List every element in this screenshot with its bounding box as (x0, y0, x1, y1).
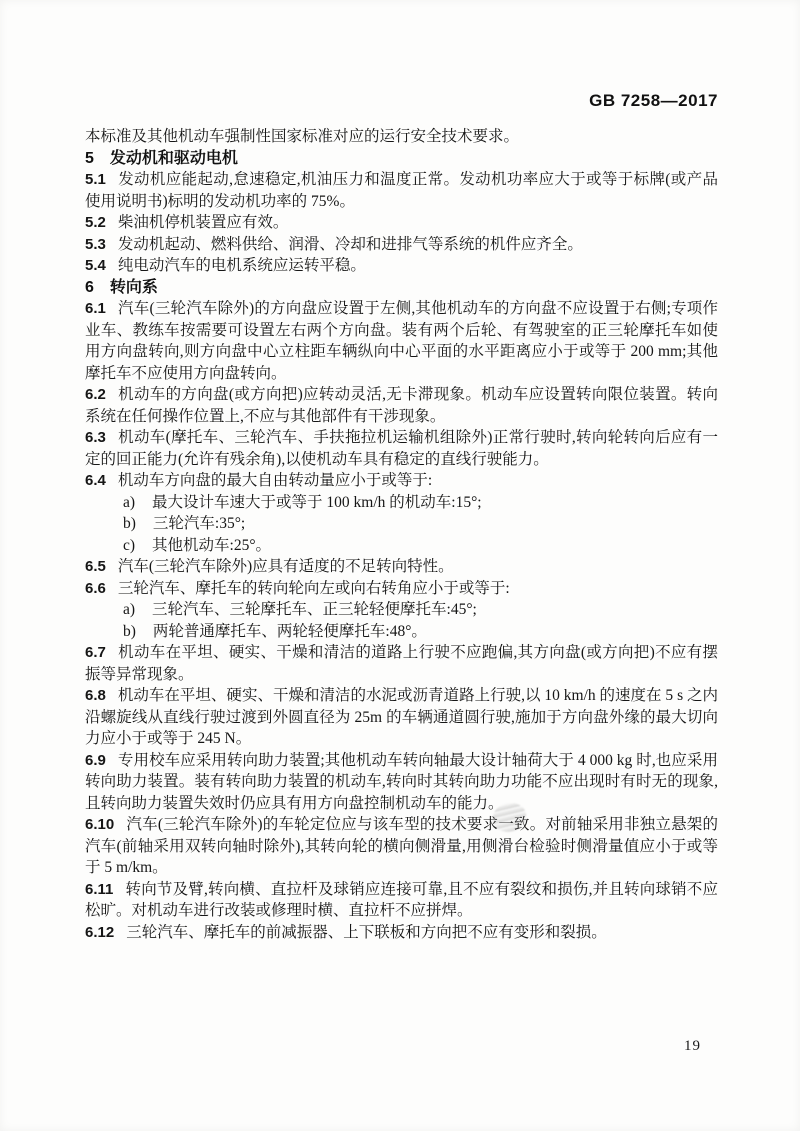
section-number: 6 (85, 279, 94, 296)
clause-6-6-item-a: a)三轮汽车、三轮摩托车、正三轮轻便摩托车:45°; (85, 599, 718, 621)
section-number: 5 (85, 150, 94, 167)
clause-number: 6.10 (85, 816, 114, 833)
clause-5-1: 5.1发动机应能起动,怠速稳定,机油压力和温度正常。发动机功率应大于或等于标牌(… (85, 169, 718, 212)
section-6-heading: 6转向系 (85, 277, 718, 299)
clause-5-2: 5.2柴油机停机装置应有效。 (85, 212, 718, 234)
scanned-document-page: GB 7258—2017 本标准及其他机动车强制性国家标准对应的运行安全技术要求… (0, 0, 800, 1131)
clause-text: 汽车(三轮汽车除外)的方向盘应设置于左侧,其他机动车的方向盘不应设置于右侧;专项… (85, 300, 718, 382)
clause-text: 机动车方向盘的最大自由转动量应小于或等于: (118, 472, 432, 489)
clause-6-6-item-b: b)两轮普通摩托车、两轮轻便摩托车:48°。 (85, 621, 718, 643)
clause-number: 6.2 (85, 386, 106, 403)
page-content: 本标准及其他机动车强制性国家标准对应的运行安全技术要求。 5发动机和驱动电机 5… (85, 0, 718, 943)
clause-6-4-item-b: b)三轮汽车:35°; (85, 513, 718, 535)
section-title: 转向系 (110, 279, 158, 296)
item-label: b) (123, 515, 136, 532)
intro-paragraph: 本标准及其他机动车强制性国家标准对应的运行安全技术要求。 (85, 126, 718, 148)
clause-6-5: 6.5汽车(三轮汽车除外)应具有适度的不足转向特性。 (85, 556, 718, 578)
clause-6-8: 6.8机动车在平坦、硬实、干燥和清洁的水泥或沥青道路上行驶,以 10 km/h … (85, 685, 718, 750)
clause-6-12: 6.12三轮汽车、摩托车的前减振器、上下联板和方向把不应有变形和裂损。 (85, 922, 718, 944)
clause-6-1: 6.1汽车(三轮汽车除外)的方向盘应设置于左侧,其他机动车的方向盘不应设置于右侧… (85, 298, 718, 384)
clause-number: 6.11 (85, 881, 113, 898)
clause-number: 5.2 (85, 214, 106, 231)
clause-number: 6.5 (85, 558, 106, 575)
clause-text: 发动机应能起动,怠速稳定,机油压力和温度正常。发动机功率应大于或等于标牌(或产品… (85, 171, 718, 210)
clause-text: 机动车(摩托车、三轮汽车、手扶拖拉机运输机组除外)正常行驶时,转向轮转向后应有一… (85, 429, 718, 468)
clause-text: 机动车在平坦、硬实、干燥和清洁的道路上行驶不应跑偏,其方向盘(或方向把)不应有摆… (85, 644, 718, 683)
item-label: a) (123, 494, 135, 511)
clause-5-4: 5.4纯电动汽车的电机系统应运转平稳。 (85, 255, 718, 277)
clause-number: 6.4 (85, 472, 106, 489)
clause-number: 5.3 (85, 236, 106, 253)
clause-6-4-item-a: a)最大设计车速大于或等于 100 km/h 的机动车:15°; (85, 492, 718, 514)
clause-number: 6.1 (85, 300, 106, 317)
item-text: 三轮汽车:35°; (153, 515, 245, 532)
clause-number: 6.9 (85, 752, 106, 769)
clause-6-7: 6.7机动车在平坦、硬实、干燥和清洁的道路上行驶不应跑偏,其方向盘(或方向把)不… (85, 642, 718, 685)
item-text: 其他机动车:25°。 (152, 537, 271, 554)
clause-text: 发动机起动、燃料供给、润滑、冷却和进排气等系统的机件应齐全。 (118, 236, 583, 253)
clause-text: 柴油机停机装置应有效。 (118, 214, 289, 231)
item-label: c) (123, 537, 135, 554)
section-title: 发动机和驱动电机 (110, 150, 238, 167)
clause-number: 5.1 (85, 171, 106, 188)
clause-number: 5.4 (85, 257, 106, 274)
clause-6-4-item-c: c)其他机动车:25°。 (85, 535, 718, 557)
clause-text: 汽车(三轮汽车除外)的车轮定位应与该车型的技术要求一致。对前轴采用非独立悬架的汽… (85, 816, 718, 876)
clause-6-10: 6.10汽车(三轮汽车除外)的车轮定位应与该车型的技术要求一致。对前轴采用非独立… (85, 814, 718, 879)
clause-6-2: 6.2机动车的方向盘(或方向把)应转动灵活,无卡滞现象。机动车应设置转向限位装置… (85, 384, 718, 427)
clause-text: 三轮汽车、摩托车的转向轮向左或向右转角应小于或等于: (118, 580, 510, 597)
item-label: b) (123, 623, 136, 640)
clause-6-4: 6.4机动车方向盘的最大自由转动量应小于或等于: (85, 470, 718, 492)
item-label: a) (123, 601, 135, 618)
clause-text: 纯电动汽车的电机系统应运转平稳。 (118, 257, 366, 274)
clause-6-11: 6.11转向节及臂,转向横、直拉杆及球销应连接可靠,且不应有裂纹和损伤,并且转向… (85, 879, 718, 922)
clause-number: 6.12 (85, 924, 114, 941)
item-text: 三轮汽车、三轮摩托车、正三轮轻便摩托车:45°; (152, 601, 477, 618)
clause-number: 6.3 (85, 429, 106, 446)
clause-text: 汽车(三轮汽车除外)应具有适度的不足转向特性。 (118, 558, 454, 575)
item-text: 两轮普通摩托车、两轮轻便摩托车:48°。 (153, 623, 427, 640)
clause-text: 机动车的方向盘(或方向把)应转动灵活,无卡滞现象。机动车应设置转向限位装置。转向… (85, 386, 718, 425)
item-text: 最大设计车速大于或等于 100 km/h 的机动车:15°; (152, 494, 482, 511)
clause-number: 6.8 (85, 687, 106, 704)
clause-text: 专用校车应采用转向助力装置;其他机动车转向轴最大设计轴荷大于 4 000 kg … (85, 752, 718, 812)
clause-6-3: 6.3机动车(摩托车、三轮汽车、手扶拖拉机运输机组除外)正常行驶时,转向轮转向后… (85, 427, 718, 470)
clause-6-6: 6.6三轮汽车、摩托车的转向轮向左或向右转角应小于或等于: (85, 578, 718, 600)
section-5-heading: 5发动机和驱动电机 (85, 148, 718, 170)
clause-text: 转向节及臂,转向横、直拉杆及球销应连接可靠,且不应有裂纹和损伤,并且转向球销不应… (85, 881, 718, 920)
clause-number: 6.7 (85, 644, 106, 661)
clause-number: 6.6 (85, 580, 106, 597)
clause-5-3: 5.3发动机起动、燃料供给、润滑、冷却和进排气等系统的机件应齐全。 (85, 234, 718, 256)
clause-6-9: 6.9专用校车应采用转向助力装置;其他机动车转向轴最大设计轴荷大于 4 000 … (85, 750, 718, 815)
clause-text: 机动车在平坦、硬实、干燥和清洁的水泥或沥青道路上行驶,以 10 km/h 的速度… (85, 687, 718, 747)
clause-text: 三轮汽车、摩托车的前减振器、上下联板和方向把不应有变形和裂损。 (126, 924, 607, 941)
page-number: 19 (684, 1038, 701, 1055)
